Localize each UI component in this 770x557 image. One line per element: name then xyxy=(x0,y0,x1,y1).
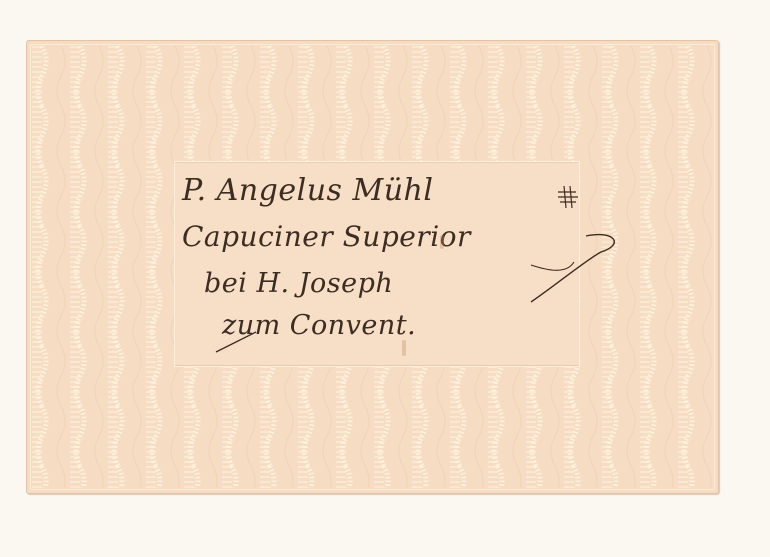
card-line-name: P. Angelus Mühl xyxy=(182,173,433,208)
card-line-location: bei H. Joseph xyxy=(204,268,393,299)
calling-card: P. Angelus Mühl Capuciner Superior bei H… xyxy=(26,40,719,494)
card-line-title: Capuciner Superior xyxy=(182,220,471,253)
ink-smudge xyxy=(440,235,444,249)
ink-smudge xyxy=(402,340,406,356)
card-line-convent: zum Convent. xyxy=(222,310,416,341)
